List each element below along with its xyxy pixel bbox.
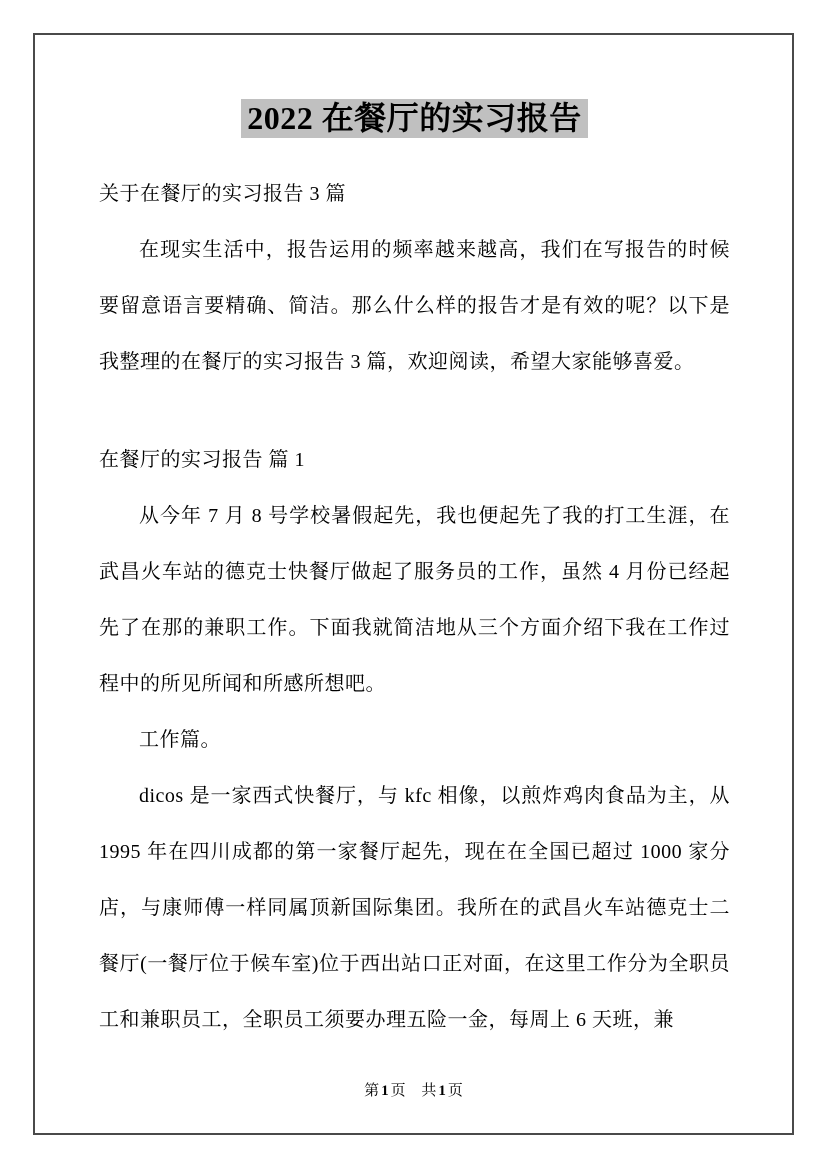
footer-total-prefix: 共: [421, 1083, 436, 1099]
page-footer: 第1页 共1页: [33, 1080, 794, 1102]
body-paragraph-1: 从今年 7 月 8 号学校暑假起先，我也便起先了我的打工生涯，在武昌火车站的德克…: [99, 488, 730, 712]
intro-paragraph: 在现实生活中，报告运用的频率越来越高，我们在写报告的时候要留意语言要精确、简洁。…: [99, 222, 730, 390]
footer-total-unit: 页: [448, 1083, 463, 1099]
section-gap: [99, 390, 730, 432]
footer-page-indicator: 第1页: [364, 1083, 409, 1099]
title-highlight: 2022 在餐厅的实习报告: [241, 99, 588, 138]
document-content: 2022 在餐厅的实习报告 关于在餐厅的实习报告 3 篇 在现实生活中，报告运用…: [99, 96, 730, 1048]
footer-page-prefix: 第: [364, 1083, 379, 1099]
document-title: 2022 在餐厅的实习报告: [99, 96, 730, 140]
intro-label-paragraph: 关于在餐厅的实习报告 3 篇: [99, 166, 730, 222]
section-heading: 在餐厅的实习报告 篇 1: [99, 432, 730, 488]
footer-total-number: 1: [436, 1083, 448, 1099]
body-paragraph-2: 工作篇。: [99, 712, 730, 768]
footer-page-unit: 页: [391, 1083, 406, 1099]
footer-page-number: 1: [379, 1083, 391, 1099]
footer-total-indicator: 共1页: [421, 1083, 463, 1099]
body-paragraph-3: dicos 是一家西式快餐厅，与 kfc 相像，以煎炸鸡肉食品为主，从 1995…: [99, 768, 730, 1048]
